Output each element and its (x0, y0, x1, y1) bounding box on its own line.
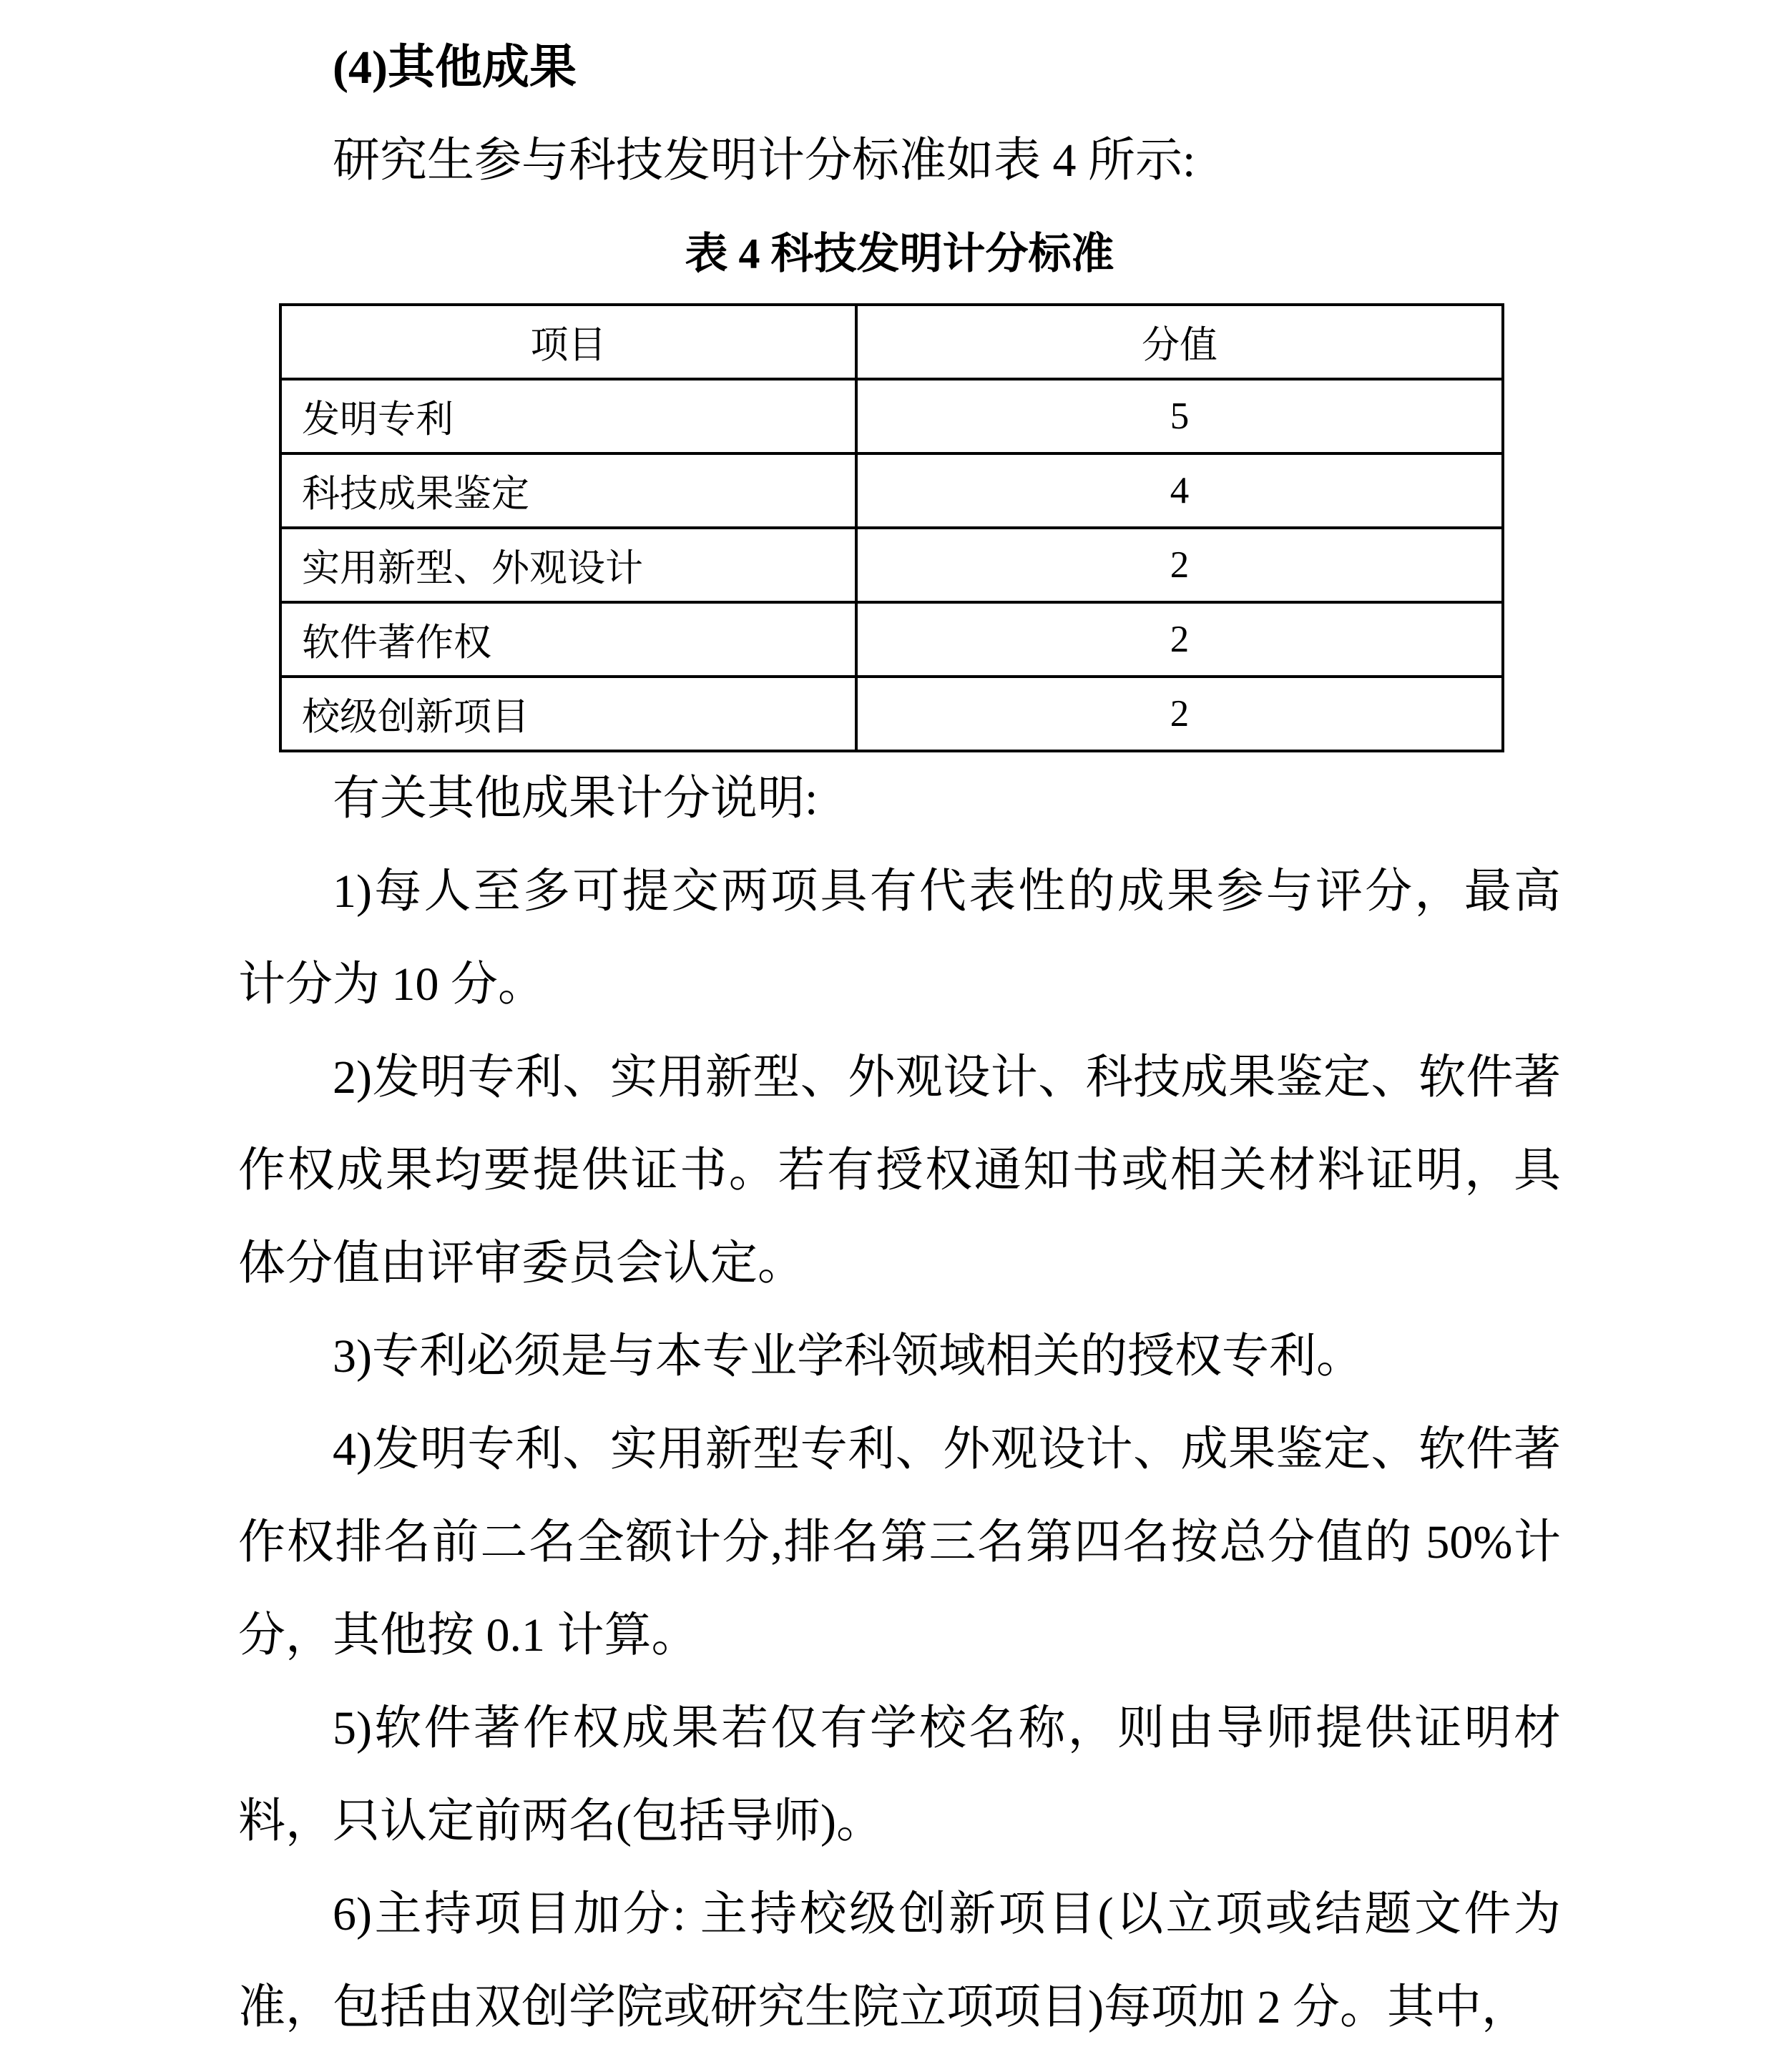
note-line: 2)发明专利、实用新型、外观设计、科技成果鉴定、软件著 (238, 1031, 1561, 1124)
notes-intro: 有关其他成果计分说明: (238, 752, 1561, 845)
table-cell-score: 2 (856, 602, 1503, 677)
note-line: 4)发明专利、实用新型专利、外观设计、成果鉴定、软件著 (238, 1403, 1561, 1496)
note-line: 1)每人至多可提交两项具有代表性的成果参与评分，最高 (238, 845, 1561, 938)
table-cell-score: 5 (856, 379, 1503, 453)
table-cell-item: 实用新型、外观设计 (280, 528, 856, 602)
note-paragraph-1: 1)每人至多可提交两项具有代表性的成果参与评分，最高 计分为 10 分。 (238, 845, 1561, 1031)
note-line: 5)软件著作权成果若仅有学校名称，则由导师提供证明材 (238, 1682, 1561, 1775)
note-line: 作权成果均要提供证书。若有授权通知书或相关材料证明，具 (238, 1124, 1561, 1217)
intro-paragraph: 研究生参与科技发明计分标准如表 4 所示: (238, 114, 1561, 207)
note-paragraph-3: 3)专利必须是与本专业学科领域相关的授权专利。 (238, 1310, 1561, 1403)
table-header-row: 项目 分值 (280, 305, 1503, 379)
table-cell-score: 2 (856, 677, 1503, 751)
note-line: 体分值由评审委员会认定。 (238, 1217, 1561, 1310)
section-heading: (4)其他成果 (238, 21, 1561, 114)
table-caption: 表 4 科技发明计分标准 (238, 207, 1561, 300)
table-header-score: 分值 (856, 305, 1503, 379)
table-cell-item: 发明专利 (280, 379, 856, 453)
table-cell-score: 2 (856, 528, 1503, 602)
table-cell-score: 4 (856, 453, 1503, 528)
table-cell-item: 软件著作权 (280, 602, 856, 677)
note-line: 作权排名前二名全额计分,排名第三名第四名按总分值的 50%计 (238, 1496, 1561, 1589)
note-line: 分，其他按 0.1 计算。 (238, 1589, 1561, 1682)
table-row: 科技成果鉴定 4 (280, 453, 1503, 528)
note-paragraph-4: 4)发明专利、实用新型专利、外观设计、成果鉴定、软件著 作权排名前二名全额计分,… (238, 1403, 1561, 1682)
table-row: 实用新型、外观设计 2 (280, 528, 1503, 602)
table-row: 发明专利 5 (280, 379, 1503, 453)
note-line: 计分为 10 分。 (238, 938, 1561, 1031)
document-page: (4)其他成果 研究生参与科技发明计分标准如表 4 所示: 表 4 科技发明计分… (0, 0, 1774, 2072)
note-paragraph-5: 5)软件著作权成果若仅有学校名称，则由导师提供证明材 料，只认定前两名(包括导师… (238, 1682, 1561, 1868)
table-row: 软件著作权 2 (280, 602, 1503, 677)
table-cell-item: 校级创新项目 (280, 677, 856, 751)
note-paragraph-2: 2)发明专利、实用新型、外观设计、科技成果鉴定、软件著 作权成果均要提供证书。若… (238, 1031, 1561, 1310)
table-header-item: 项目 (280, 305, 856, 379)
table-row: 校级创新项目 2 (280, 677, 1503, 751)
note-paragraph-6: 6)主持项目加分: 主持校级创新项目(以立项或结题文件为 准，包括由双创学院或研… (238, 1868, 1561, 2054)
note-line: 料，只认定前两名(包括导师)。 (238, 1775, 1561, 1868)
note-line: 6)主持项目加分: 主持校级创新项目(以立项或结题文件为 (238, 1868, 1561, 1961)
note-line: 3)专利必须是与本专业学科领域相关的授权专利。 (238, 1310, 1561, 1403)
note-line: 准，包括由双创学院或研究生院立项项目)每项加 2 分。其中， (238, 1961, 1561, 2054)
table-cell-item: 科技成果鉴定 (280, 453, 856, 528)
score-table: 项目 分值 发明专利 5 科技成果鉴定 4 实用新型、外观设计 2 软件著作权 … (279, 303, 1504, 752)
